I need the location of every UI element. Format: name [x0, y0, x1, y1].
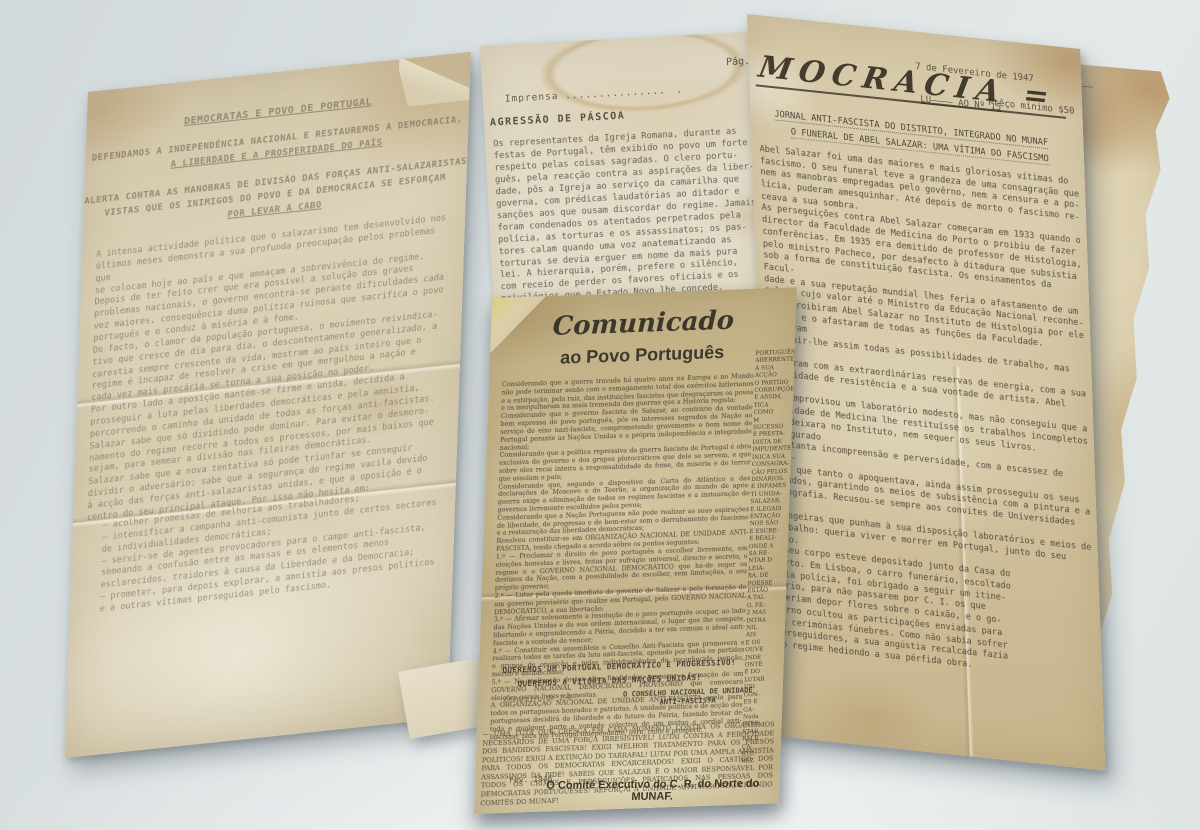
right-doc-masthead: MOCRACIA = [756, 50, 1073, 119]
photo-background: DEMOCRATAS E POVO DE PORTUGAL DEFENDAMOS… [0, 0, 1200, 830]
document-right: 7 de Fevereiro de 1947 Prêço mínimo $50 … [747, 14, 1105, 771]
comunicado-title: Comunicado [490, 303, 796, 344]
middle-doc-title: AGRESSÃO DE PÁSCOA [490, 111, 626, 129]
document-comunicado: Comunicado ao Povo Português Considerand… [474, 287, 797, 814]
left-doc-body-text: A intensa actividade política que o sala… [87, 213, 451, 525]
comunicado-subtitle: ao Povo Português [489, 339, 795, 371]
document-left: DEMOCRATAS E POVO DE PORTUGAL DEFENDAMOS… [65, 52, 471, 758]
comunicado-footer: O Comité Executivo do C. R. do Norte do … [532, 777, 773, 804]
right-doc-body-text: Abel Salazar foi uma das maiores e mais … [759, 144, 1097, 685]
section-label: Imprensa ............... . [504, 81, 683, 104]
